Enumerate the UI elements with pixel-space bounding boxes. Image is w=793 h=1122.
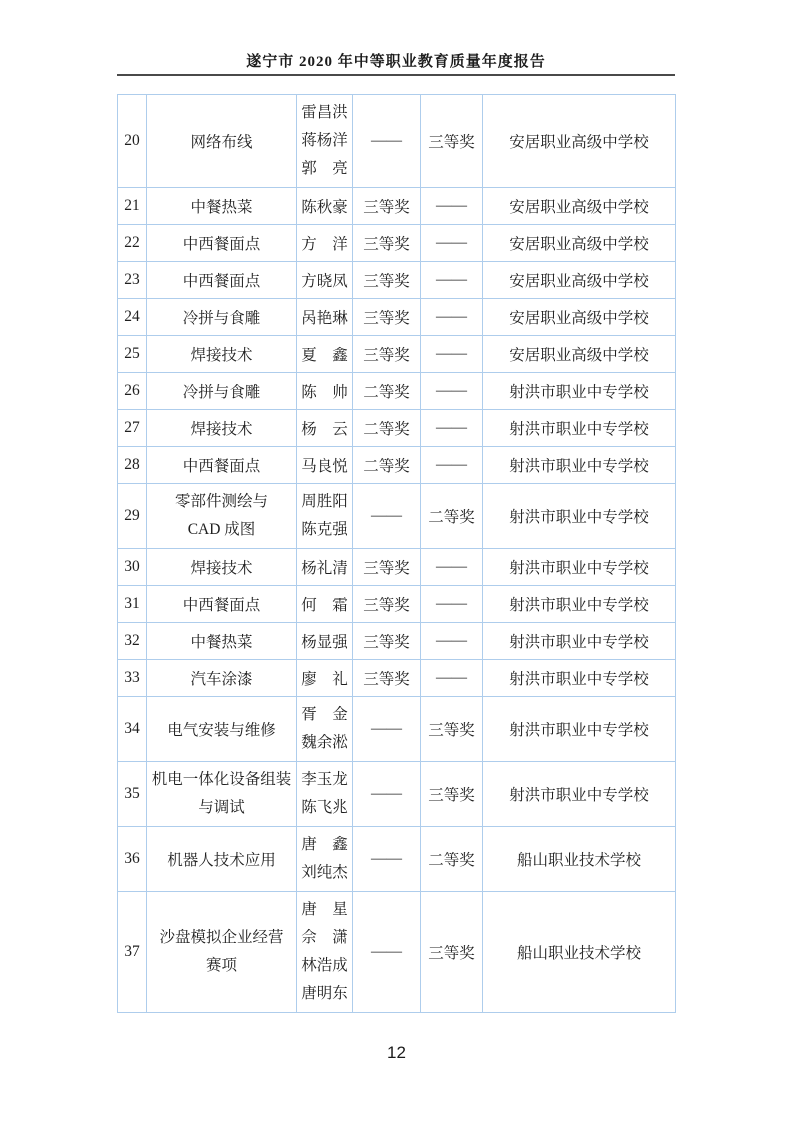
names-cell: 唐 鑫刘纯杰 bbox=[297, 827, 353, 892]
table-row: 32中餐热菜杨显强三等奖——射洪市职业中专学校 bbox=[118, 623, 676, 660]
school-cell: 射洪市职业中专学校 bbox=[483, 484, 676, 549]
awards-table: 20网络布线雷昌洪蒋杨洋郭 亮——三等奖安居职业高级中学校21中餐热菜陈秋豪三等… bbox=[117, 94, 676, 1013]
event-cell-line: CAD 成图 bbox=[149, 516, 294, 544]
award-first-cell: —— bbox=[353, 892, 421, 1013]
row-number-cell: 36 bbox=[118, 827, 147, 892]
table-row: 30焊接技术杨礼清三等奖——射洪市职业中专学校 bbox=[118, 549, 676, 586]
names-cell: 方晓凤 bbox=[297, 262, 353, 299]
award-second-cell: —— bbox=[421, 447, 483, 484]
table-row: 27焊接技术杨 云二等奖——射洪市职业中专学校 bbox=[118, 410, 676, 447]
event-cell: 机电一体化设备组装与调试 bbox=[147, 762, 297, 827]
award-first-cell: 三等奖 bbox=[353, 586, 421, 623]
award-first-cell: —— bbox=[353, 827, 421, 892]
row-number-cell: 23 bbox=[118, 262, 147, 299]
award-first-cell: —— bbox=[353, 697, 421, 762]
names-cell-line: 胥 金 bbox=[299, 701, 350, 729]
award-second-cell: —— bbox=[421, 373, 483, 410]
school-cell: 射洪市职业中专学校 bbox=[483, 447, 676, 484]
table-row: 26冷拼与食雕陈 帅二等奖——射洪市职业中专学校 bbox=[118, 373, 676, 410]
table-row: 24冷拼与食雕呙艳琳三等奖——安居职业高级中学校 bbox=[118, 299, 676, 336]
names-cell: 方 洋 bbox=[297, 225, 353, 262]
award-first-cell: —— bbox=[353, 95, 421, 188]
names-cell-line: 郭 亮 bbox=[299, 155, 350, 183]
table-row: 34电气安装与维修胥 金魏余淞——三等奖射洪市职业中专学校 bbox=[118, 697, 676, 762]
award-first-cell: 三等奖 bbox=[353, 188, 421, 225]
names-cell-line: 刘纯杰 bbox=[299, 859, 350, 887]
table-row: 20网络布线雷昌洪蒋杨洋郭 亮——三等奖安居职业高级中学校 bbox=[118, 95, 676, 188]
document-page: 遂宁市 2020 年中等职业教育质量年度报告 20网络布线雷昌洪蒋杨洋郭 亮——… bbox=[0, 0, 793, 1122]
school-cell: 射洪市职业中专学校 bbox=[483, 660, 676, 697]
awards-table-body: 20网络布线雷昌洪蒋杨洋郭 亮——三等奖安居职业高级中学校21中餐热菜陈秋豪三等… bbox=[118, 95, 676, 1013]
event-cell: 焊接技术 bbox=[147, 549, 297, 586]
table-row: 29零部件测绘与CAD 成图周胜阳陈克强——二等奖射洪市职业中专学校 bbox=[118, 484, 676, 549]
row-number-cell: 24 bbox=[118, 299, 147, 336]
names-cell-line: 周胜阳 bbox=[299, 488, 350, 516]
event-cell-line: 机电一体化设备组装 bbox=[149, 766, 294, 794]
event-cell: 焊接技术 bbox=[147, 410, 297, 447]
row-number-cell: 21 bbox=[118, 188, 147, 225]
names-cell: 何 霜 bbox=[297, 586, 353, 623]
names-cell: 杨显强 bbox=[297, 623, 353, 660]
event-cell: 机器人技术应用 bbox=[147, 827, 297, 892]
award-first-cell: 三等奖 bbox=[353, 262, 421, 299]
school-cell: 安居职业高级中学校 bbox=[483, 336, 676, 373]
award-first-cell: —— bbox=[353, 484, 421, 549]
award-first-cell: 三等奖 bbox=[353, 225, 421, 262]
event-cell-line: 零部件测绘与 bbox=[149, 488, 294, 516]
award-first-cell: 三等奖 bbox=[353, 549, 421, 586]
school-cell: 射洪市职业中专学校 bbox=[483, 697, 676, 762]
names-cell-line: 雷昌洪 bbox=[299, 99, 350, 127]
award-second-cell: —— bbox=[421, 623, 483, 660]
row-number-cell: 26 bbox=[118, 373, 147, 410]
event-cell: 中西餐面点 bbox=[147, 262, 297, 299]
header-rule bbox=[117, 74, 675, 76]
event-cell: 中西餐面点 bbox=[147, 447, 297, 484]
names-cell: 夏 鑫 bbox=[297, 336, 353, 373]
school-cell: 射洪市职业中专学校 bbox=[483, 549, 676, 586]
row-number-cell: 35 bbox=[118, 762, 147, 827]
event-cell: 汽车涂漆 bbox=[147, 660, 297, 697]
names-cell-line: 陈克强 bbox=[299, 516, 350, 544]
names-cell-line: 唐明东 bbox=[299, 980, 350, 1008]
event-cell-line: 赛项 bbox=[149, 952, 294, 980]
table-row: 35机电一体化设备组装与调试李玉龙陈飞兆——三等奖射洪市职业中专学校 bbox=[118, 762, 676, 827]
school-cell: 射洪市职业中专学校 bbox=[483, 410, 676, 447]
names-cell: 陈 帅 bbox=[297, 373, 353, 410]
table-row: 37沙盘模拟企业经营赛项唐 星佘 潇林浩成唐明东——三等奖船山职业技术学校 bbox=[118, 892, 676, 1013]
row-number-cell: 28 bbox=[118, 447, 147, 484]
award-second-cell: —— bbox=[421, 225, 483, 262]
row-number-cell: 32 bbox=[118, 623, 147, 660]
names-cell-line: 李玉龙 bbox=[299, 766, 350, 794]
award-second-cell: 三等奖 bbox=[421, 762, 483, 827]
award-first-cell: 三等奖 bbox=[353, 623, 421, 660]
names-cell: 杨礼清 bbox=[297, 549, 353, 586]
school-cell: 安居职业高级中学校 bbox=[483, 225, 676, 262]
table-row: 25焊接技术夏 鑫三等奖——安居职业高级中学校 bbox=[118, 336, 676, 373]
school-cell: 射洪市职业中专学校 bbox=[483, 762, 676, 827]
school-cell: 安居职业高级中学校 bbox=[483, 188, 676, 225]
names-cell: 唐 星佘 潇林浩成唐明东 bbox=[297, 892, 353, 1013]
names-cell-line: 魏余淞 bbox=[299, 729, 350, 757]
event-cell: 中餐热菜 bbox=[147, 188, 297, 225]
names-cell: 马良悦 bbox=[297, 447, 353, 484]
row-number-cell: 22 bbox=[118, 225, 147, 262]
row-number-cell: 29 bbox=[118, 484, 147, 549]
row-number-cell: 20 bbox=[118, 95, 147, 188]
award-second-cell: 三等奖 bbox=[421, 892, 483, 1013]
school-cell: 船山职业技术学校 bbox=[483, 892, 676, 1013]
school-cell: 安居职业高级中学校 bbox=[483, 262, 676, 299]
page-number: 12 bbox=[0, 1043, 793, 1063]
school-cell: 射洪市职业中专学校 bbox=[483, 623, 676, 660]
names-cell: 李玉龙陈飞兆 bbox=[297, 762, 353, 827]
row-number-cell: 33 bbox=[118, 660, 147, 697]
row-number-cell: 37 bbox=[118, 892, 147, 1013]
names-cell-line: 林浩成 bbox=[299, 952, 350, 980]
names-cell-line: 唐 鑫 bbox=[299, 831, 350, 859]
row-number-cell: 30 bbox=[118, 549, 147, 586]
row-number-cell: 31 bbox=[118, 586, 147, 623]
event-cell: 焊接技术 bbox=[147, 336, 297, 373]
award-first-cell: 二等奖 bbox=[353, 373, 421, 410]
table-row: 31中西餐面点何 霜三等奖——射洪市职业中专学校 bbox=[118, 586, 676, 623]
award-second-cell: 三等奖 bbox=[421, 697, 483, 762]
table-row: 23中西餐面点方晓凤三等奖——安居职业高级中学校 bbox=[118, 262, 676, 299]
event-cell-line: 沙盘模拟企业经营 bbox=[149, 924, 294, 952]
award-second-cell: 二等奖 bbox=[421, 827, 483, 892]
event-cell: 中西餐面点 bbox=[147, 586, 297, 623]
table-row: 21中餐热菜陈秋豪三等奖——安居职业高级中学校 bbox=[118, 188, 676, 225]
award-second-cell: 三等奖 bbox=[421, 95, 483, 188]
names-cell-line: 唐 星 bbox=[299, 896, 350, 924]
award-second-cell: —— bbox=[421, 336, 483, 373]
names-cell: 雷昌洪蒋杨洋郭 亮 bbox=[297, 95, 353, 188]
award-second-cell: —— bbox=[421, 660, 483, 697]
names-cell: 杨 云 bbox=[297, 410, 353, 447]
event-cell-line: 与调试 bbox=[149, 794, 294, 822]
names-cell: 周胜阳陈克强 bbox=[297, 484, 353, 549]
award-first-cell: 三等奖 bbox=[353, 660, 421, 697]
names-cell: 呙艳琳 bbox=[297, 299, 353, 336]
page-header-title: 遂宁市 2020 年中等职业教育质量年度报告 bbox=[117, 50, 675, 71]
names-cell-line: 佘 潇 bbox=[299, 924, 350, 952]
names-cell-line: 陈飞兆 bbox=[299, 794, 350, 822]
event-cell: 中西餐面点 bbox=[147, 225, 297, 262]
award-second-cell: —— bbox=[421, 188, 483, 225]
table-row: 36机器人技术应用唐 鑫刘纯杰——二等奖船山职业技术学校 bbox=[118, 827, 676, 892]
names-cell: 廖 礼 bbox=[297, 660, 353, 697]
school-cell: 射洪市职业中专学校 bbox=[483, 373, 676, 410]
event-cell: 零部件测绘与CAD 成图 bbox=[147, 484, 297, 549]
award-second-cell: —— bbox=[421, 586, 483, 623]
award-second-cell: —— bbox=[421, 410, 483, 447]
award-second-cell: —— bbox=[421, 299, 483, 336]
names-cell: 胥 金魏余淞 bbox=[297, 697, 353, 762]
row-number-cell: 27 bbox=[118, 410, 147, 447]
award-first-cell: 二等奖 bbox=[353, 447, 421, 484]
school-cell: 射洪市职业中专学校 bbox=[483, 586, 676, 623]
event-cell: 冷拼与食雕 bbox=[147, 299, 297, 336]
event-cell: 电气安装与维修 bbox=[147, 697, 297, 762]
names-cell: 陈秋豪 bbox=[297, 188, 353, 225]
award-first-cell: —— bbox=[353, 762, 421, 827]
award-first-cell: 二等奖 bbox=[353, 410, 421, 447]
event-cell: 沙盘模拟企业经营赛项 bbox=[147, 892, 297, 1013]
names-cell-line: 蒋杨洋 bbox=[299, 127, 350, 155]
row-number-cell: 34 bbox=[118, 697, 147, 762]
school-cell: 船山职业技术学校 bbox=[483, 827, 676, 892]
award-second-cell: 二等奖 bbox=[421, 484, 483, 549]
event-cell: 网络布线 bbox=[147, 95, 297, 188]
table-row: 28中西餐面点马良悦二等奖——射洪市职业中专学校 bbox=[118, 447, 676, 484]
row-number-cell: 25 bbox=[118, 336, 147, 373]
school-cell: 安居职业高级中学校 bbox=[483, 299, 676, 336]
event-cell: 冷拼与食雕 bbox=[147, 373, 297, 410]
award-second-cell: —— bbox=[421, 262, 483, 299]
school-cell: 安居职业高级中学校 bbox=[483, 95, 676, 188]
table-row: 22中西餐面点方 洋三等奖——安居职业高级中学校 bbox=[118, 225, 676, 262]
table-row: 33汽车涂漆廖 礼三等奖——射洪市职业中专学校 bbox=[118, 660, 676, 697]
award-first-cell: 三等奖 bbox=[353, 299, 421, 336]
award-first-cell: 三等奖 bbox=[353, 336, 421, 373]
event-cell: 中餐热菜 bbox=[147, 623, 297, 660]
award-second-cell: —— bbox=[421, 549, 483, 586]
